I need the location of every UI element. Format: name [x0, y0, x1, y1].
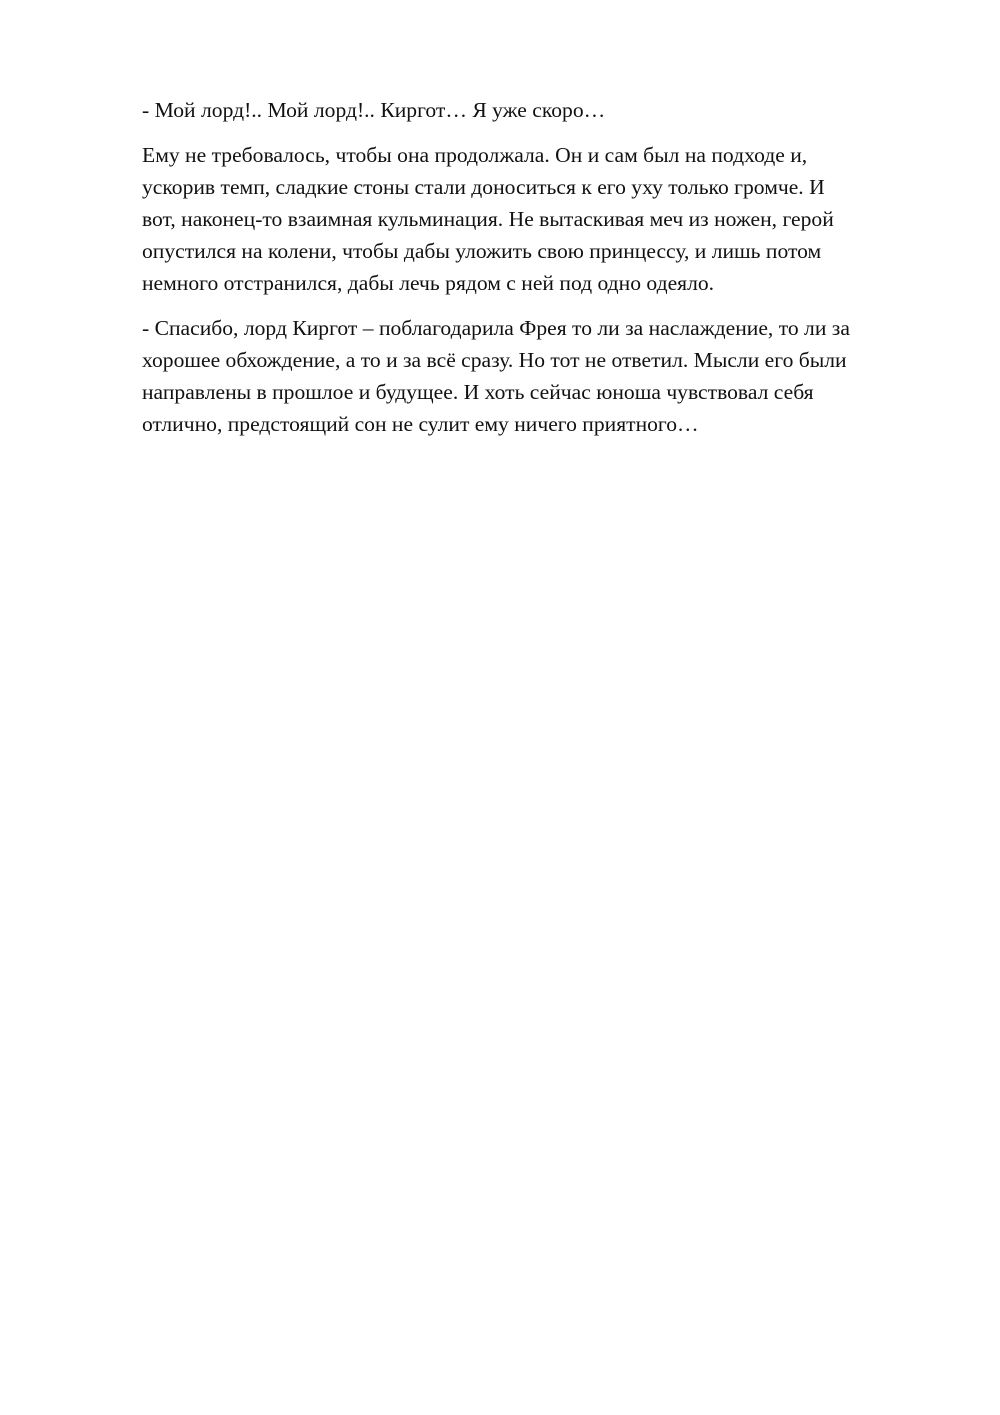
text-line: направлены в прошлое и будущее. И хоть с… — [142, 376, 932, 408]
text-line: - Спасибо, лорд Киргот – поблагодарила Ф… — [142, 312, 932, 344]
paragraph-dialogue-1: - Мой лорд!.. Мой лорд!.. Киргот… Я уже … — [142, 94, 932, 126]
text-line: отлично, предстоящий сон не сулит ему ни… — [142, 408, 932, 440]
document-page: - Мой лорд!.. Мой лорд!.. Киргот… Я уже … — [142, 94, 932, 453]
paragraph-narration: Ему не требовалось, чтобы она продолжала… — [142, 139, 932, 299]
text-line: немного отстранился, дабы лечь рядом с н… — [142, 267, 932, 299]
text-line: вот, наконец-то взаимная кульминация. Не… — [142, 203, 932, 235]
paragraph-dialogue-2: - Спасибо, лорд Киргот – поблагодарила Ф… — [142, 312, 932, 440]
text-line: опустился на колени, чтобы дабы уложить … — [142, 235, 932, 267]
text-line: хорошее обхождение, а то и за всё сразу.… — [142, 344, 932, 376]
text-line: Ему не требовалось, чтобы она продолжала… — [142, 139, 932, 171]
text-line: ускорив темп, сладкие стоны стали доноси… — [142, 171, 932, 203]
text-line: - Мой лорд!.. Мой лорд!.. Киргот… Я уже … — [142, 94, 932, 126]
